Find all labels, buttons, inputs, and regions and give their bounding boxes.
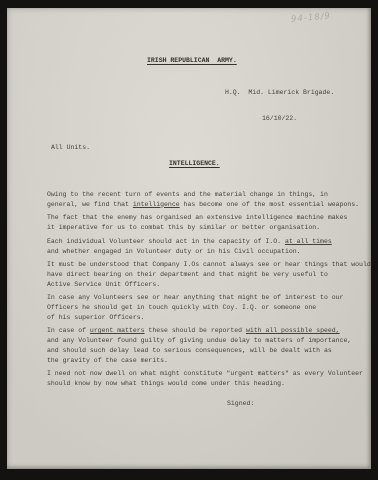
document-line: I need not now dwell on what might const… (47, 369, 378, 379)
paragraph: I need not now dwell on what might const… (47, 369, 378, 388)
document-line: of his superior Officers. (47, 313, 378, 323)
paragraph: It must be understood that Company I.Os … (47, 260, 378, 289)
document-line: In case any Volunteers see or hear anyth… (47, 293, 378, 303)
pencil-annotation: 94-18/9 (291, 11, 332, 24)
paragraph: In case of urgent matters these should b… (47, 326, 378, 365)
signed-label: Signed: (227, 399, 254, 409)
paragraph: Each individual Volunteer should act in … (47, 237, 378, 256)
document-line: should know by now what things would com… (47, 379, 378, 389)
document-line: and any Volunteer found guilty of giving… (47, 336, 378, 346)
document-line: Owing to the recent turn of events and t… (47, 190, 378, 200)
document-line: In case of urgent matters these should b… (47, 326, 378, 336)
document-line: have direct bearing on their department … (47, 270, 378, 280)
paragraph: In case any Volunteers see or hear anyth… (47, 293, 378, 322)
document-line: It must be understood that Company I.Os … (47, 260, 378, 270)
document-line: and whether engaged in Volunteer duty or… (47, 247, 378, 257)
document-line: Each individual Volunteer should act in … (47, 237, 378, 247)
document-salutation: All Units. (51, 143, 90, 153)
photo-background: 94-18/9 IRISH REPUBLICAN ARMY. H.Q. Mid.… (0, 0, 378, 480)
paragraph: The fact that the enemy has organised an… (47, 213, 378, 232)
document-hq-line: H.Q. Mid. Limerick Brigade. (225, 88, 334, 98)
document-line: it imperative for us to combat this by s… (47, 223, 378, 233)
document-line: general, we find that intelligence has b… (47, 200, 378, 210)
document-org-title: IRISH REPUBLICAN ARMY. (147, 56, 237, 66)
document-line: Active Service Unit Officers. (47, 280, 378, 290)
document-subject-heading: INTELLIGENCE. (169, 159, 220, 169)
document-line: and should such delay lead to serious co… (47, 346, 378, 356)
document-page: 94-18/9 IRISH REPUBLICAN ARMY. H.Q. Mid.… (7, 8, 371, 469)
paragraph: Owing to the recent turn of events and t… (47, 190, 378, 209)
document-line: the gravity of the case merits. (47, 356, 378, 366)
document-date: 16/10/22. (262, 114, 297, 124)
document-line: The fact that the enemy has organised an… (47, 213, 378, 223)
document-line: Officers he should get in touch quickly … (47, 303, 378, 313)
document-body: Owing to the recent turn of events and t… (47, 190, 378, 393)
